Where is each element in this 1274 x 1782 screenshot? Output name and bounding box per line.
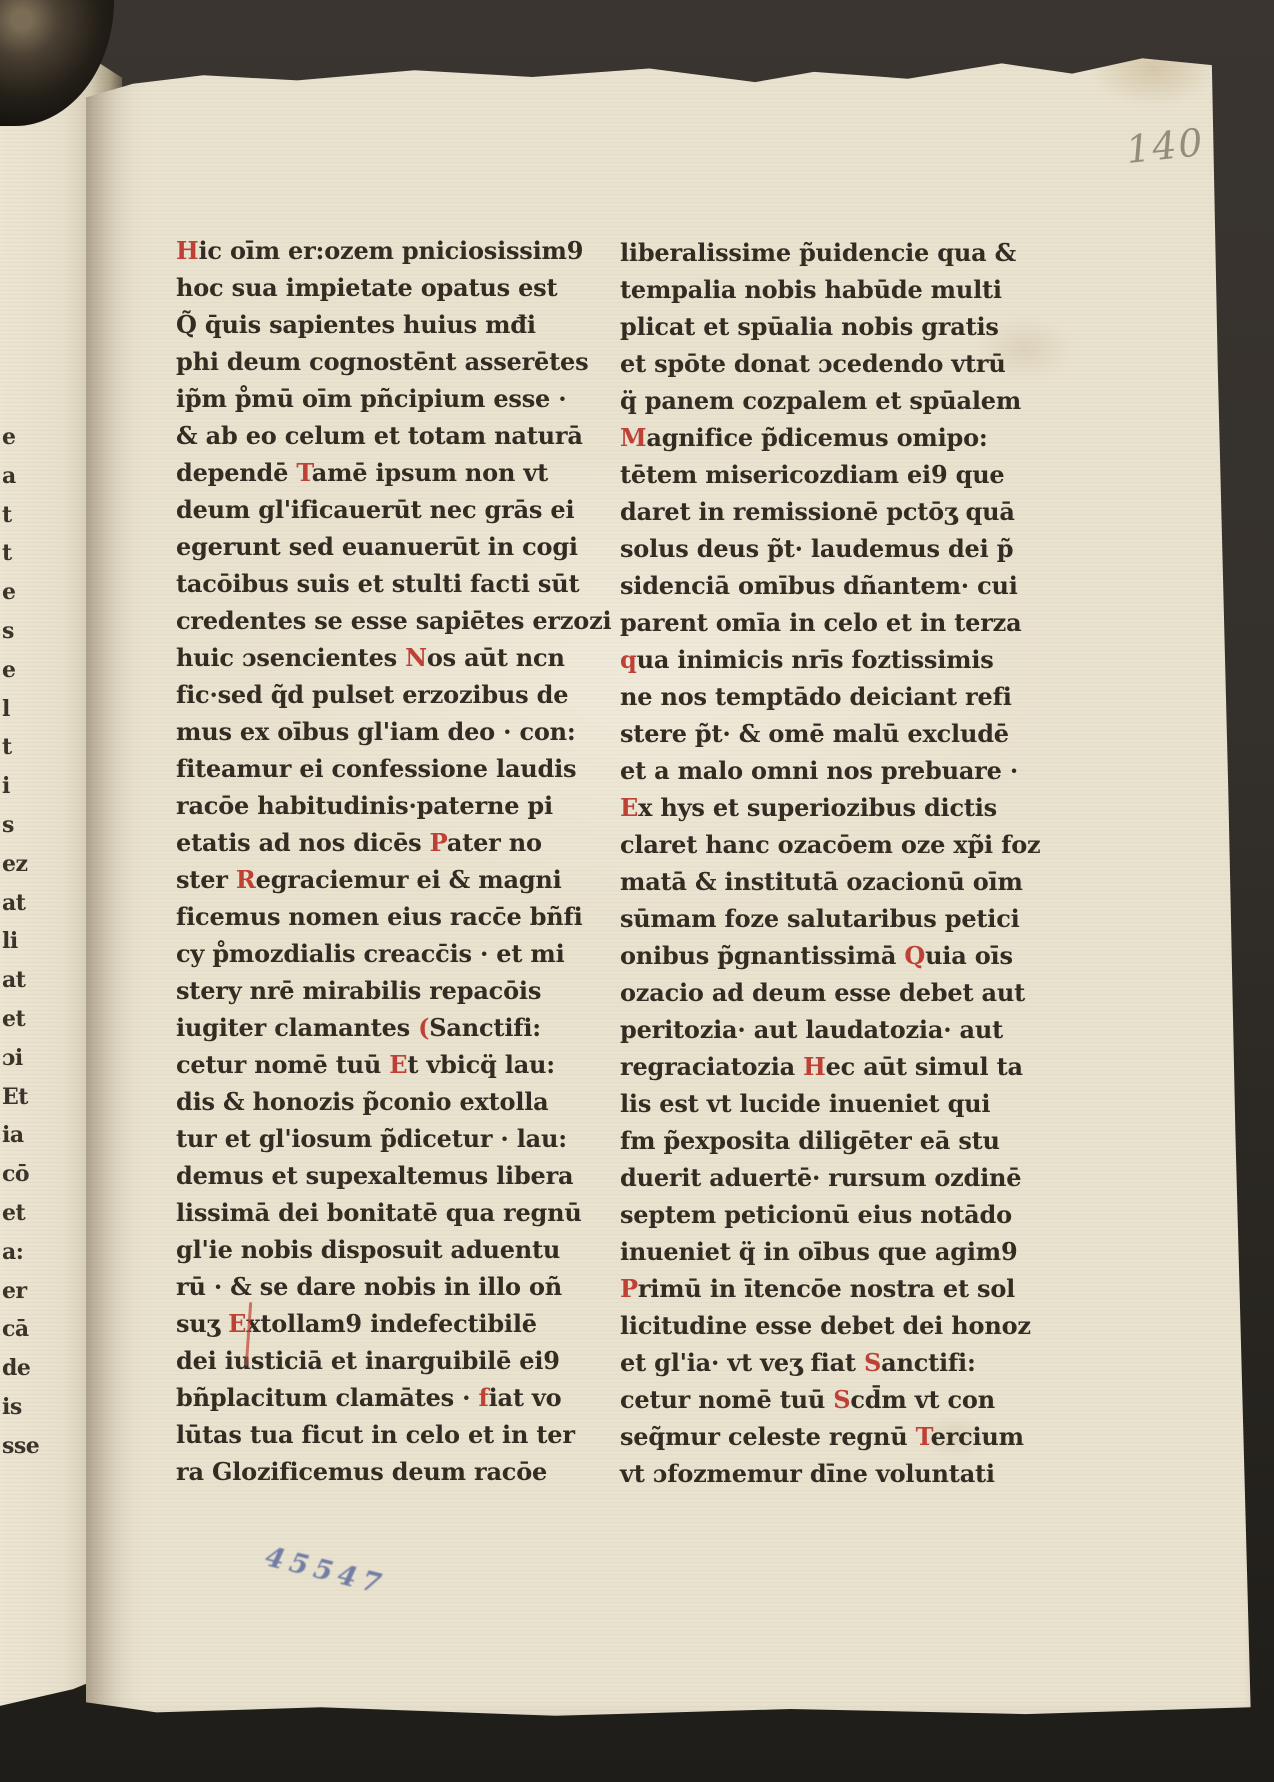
text-line: sidenciā omībus dñantem· cui bbox=[620, 567, 1040, 604]
text-line: gl'ie nobis disposuit aduentu bbox=[176, 1231, 611, 1268]
text-segment: liberalissime p̃uidencie qua & bbox=[620, 238, 1016, 267]
text-segment: regraciatozia bbox=[620, 1052, 803, 1081]
text-segment: xtollam9 indefectibilē bbox=[246, 1309, 537, 1338]
text-line: vt ɔfozmemur dīne voluntati bbox=[620, 1455, 1040, 1492]
text-line: Primū in ītencōe nostra et sol bbox=[620, 1270, 1040, 1307]
gutter-fragment: at bbox=[2, 890, 25, 916]
gutter-fragment: is bbox=[2, 1394, 22, 1420]
text-line: seq̃mur celeste regnū Tercium bbox=[620, 1418, 1040, 1455]
text-segment: agnifice p̃dicemus omipo: bbox=[646, 423, 987, 452]
text-line: credentes se esse sapiētes erzozi bbox=[176, 602, 611, 639]
text-line: iugiter clamantes (Sanctifi: bbox=[176, 1009, 611, 1046]
text-segment: seq̃mur celeste regnū bbox=[620, 1422, 916, 1451]
rubricated-initial: R bbox=[236, 865, 256, 894]
text-segment: plicat et spūalia nobis gratis bbox=[620, 312, 999, 341]
text-line: tur et gl'iosum p̃dicetur · lau: bbox=[176, 1120, 611, 1157]
rubricated-initial: P bbox=[620, 1274, 638, 1303]
text-line: ne nos temptādo deiciant refi bbox=[620, 678, 1040, 715]
text-segment: egraciemur ei & magni bbox=[256, 865, 562, 894]
text-segment: tur et gl'iosum p̃dicetur · lau: bbox=[176, 1124, 567, 1153]
gutter-fragment: ez bbox=[2, 851, 28, 877]
text-segment: tētem misericozdiam ei9 que bbox=[620, 460, 1005, 489]
gutter-fragment: ia bbox=[2, 1122, 24, 1148]
gutter-fragments: eatteseltisezatliatetɔiEtiacōeta:ercādei… bbox=[0, 0, 34, 1782]
text-line: lis est vt lucide inueniet qui bbox=[620, 1085, 1040, 1122]
text-segment: cetur nomē tuū bbox=[620, 1385, 833, 1414]
text-segment: ip̃m p̊mū oīm pñcipium esse · bbox=[176, 384, 566, 413]
text-segment: rimū in ītencōe nostra et sol bbox=[638, 1274, 1015, 1303]
text-line: daret in remissionē pctōʒ quā bbox=[620, 493, 1040, 530]
text-segment: dependē bbox=[176, 458, 296, 487]
text-segment: amē ipsum non vt bbox=[312, 458, 548, 487]
text-segment: sūmam foze salutaribus petici bbox=[620, 904, 1020, 933]
text-line: tacōibus suis et stulti facti sūt bbox=[176, 565, 611, 602]
text-line: fiteamur ei confessione laudis bbox=[176, 750, 611, 787]
text-segment: iugiter clamantes bbox=[176, 1013, 418, 1042]
rubricated-initial: T bbox=[296, 458, 311, 487]
text-segment: cetur nomē tuū bbox=[176, 1050, 389, 1079]
text-line: Magnifice p̃dicemus omipo: bbox=[620, 419, 1040, 456]
text-segment: duerit aduertē· rursum ozdinē bbox=[620, 1163, 1021, 1192]
text-segment: iat vo bbox=[489, 1383, 562, 1412]
text-line: duerit aduertē· rursum ozdinē bbox=[620, 1159, 1040, 1196]
text-line: inueniet q̈ in oībus que agim9 bbox=[620, 1233, 1040, 1270]
text-segment: hoc sua impietate opatus est bbox=[176, 273, 557, 302]
text-line: dependē Tamē ipsum non vt bbox=[176, 454, 611, 491]
text-segment: x hys et superiozibus dictis bbox=[638, 793, 997, 822]
text-segment: daret in remissionē pctōʒ quā bbox=[620, 497, 1015, 526]
rubricated-initial: S bbox=[833, 1385, 850, 1414]
text-segment: dis & honozis p̃conio extolla bbox=[176, 1087, 549, 1116]
text-line: ozacio ad deum esse debet aut bbox=[620, 974, 1040, 1011]
text-segment: phi deum cognostēnt asserētes bbox=[176, 347, 588, 376]
text-segment: etatis ad nos dicēs bbox=[176, 828, 430, 857]
gutter-fragment: ɔi bbox=[2, 1045, 23, 1071]
text-segment: et spōte donat ɔcedendo vtrū bbox=[620, 349, 1006, 378]
rubricated-initial: E bbox=[389, 1050, 407, 1079]
text-line: qua inimicis nrīs foztissimis bbox=[620, 641, 1040, 678]
text-segment: Sanctifi: bbox=[429, 1013, 541, 1042]
text-line: cetur nomē tuū Et vbicq̈ lau: bbox=[176, 1046, 611, 1083]
text-line: regraciatozia Hec aūt simul ta bbox=[620, 1048, 1040, 1085]
text-segment: matā & institutā ozacionū oīm bbox=[620, 867, 1023, 896]
gutter-fragment: at bbox=[2, 967, 25, 993]
text-line: ficemus nomen eius racc̄e bñfi bbox=[176, 898, 611, 935]
text-segment: cd̄m vt con bbox=[850, 1385, 995, 1414]
text-line: ip̃m p̊mū oīm pñcipium esse · bbox=[176, 380, 611, 417]
text-segment: parent omīa in celo et in terza bbox=[620, 608, 1021, 637]
gutter-fragment: de bbox=[2, 1355, 30, 1381]
text-line: huic ɔsencientes Nos aūt ncn bbox=[176, 639, 611, 676]
rubricated-initial: H bbox=[803, 1052, 825, 1081]
text-segment: sidenciā omībus dñantem· cui bbox=[620, 571, 1018, 600]
text-line: claret hanc ozacōem oze xp̃i foz bbox=[620, 826, 1040, 863]
text-segment: fiteamur ei confessione laudis bbox=[176, 754, 576, 783]
rubricated-initial: ( bbox=[418, 1013, 429, 1042]
text-segment: huic ɔsencientes bbox=[176, 643, 405, 672]
text-segment: ster bbox=[176, 865, 236, 894]
text-line: et spōte donat ɔcedendo vtrū bbox=[620, 345, 1040, 382]
text-column-left: Hic oīm er:ozem pniciosissim9hoc sua imp… bbox=[176, 232, 611, 1490]
text-segment: q̈ panem cozpalem et spūalem bbox=[620, 386, 1021, 415]
gutter-fragment: Et bbox=[2, 1084, 28, 1110]
text-line: q̈ panem cozpalem et spūalem bbox=[620, 382, 1040, 419]
rubricated-initial: f bbox=[478, 1383, 488, 1412]
text-line: etatis ad nos dicēs Pater no bbox=[176, 824, 611, 861]
text-line: suʒ Extollam9 indefectibilē bbox=[176, 1305, 611, 1342]
text-line: & ab eo celum et totam naturā bbox=[176, 417, 611, 454]
text-line: phi deum cognostēnt asserētes bbox=[176, 343, 611, 380]
gutter-fragment: et bbox=[2, 1006, 25, 1032]
gutter-fragment: l bbox=[2, 696, 10, 722]
text-line: Ex hys et superiozibus dictis bbox=[620, 789, 1040, 826]
text-segment: bñplacitum clamātes · bbox=[176, 1383, 478, 1412]
gutter-fragment: t bbox=[2, 734, 12, 760]
text-segment: fic·sed q̃d pulset erzozibus de bbox=[176, 680, 568, 709]
text-line: onibus p̃gnantissimā Quia oīs bbox=[620, 937, 1040, 974]
text-segment: rū · & se dare nobis in illo oñ bbox=[176, 1272, 562, 1301]
rubricated-initial: S bbox=[864, 1348, 881, 1377]
text-segment: et a malo omni nos prebuare · bbox=[620, 756, 1018, 785]
text-segment: inueniet q̈ in oībus que agim9 bbox=[620, 1237, 1017, 1266]
text-segment: racōe habitudinis·paterne pi bbox=[176, 791, 553, 820]
gutter-fragment: li bbox=[2, 928, 18, 954]
gutter-fragment: e bbox=[2, 424, 16, 450]
text-line: bñplacitum clamātes · fiat vo bbox=[176, 1379, 611, 1416]
text-line: fm p̃exposita diligēter eā stu bbox=[620, 1122, 1040, 1159]
text-segment: septem peticionū eius notādo bbox=[620, 1200, 1012, 1229]
text-column-right: liberalissime p̃uidencie qua &tempalia n… bbox=[620, 234, 1040, 1492]
text-line: et gl'ia· vt veʒ fiat Sanctifi: bbox=[620, 1344, 1040, 1381]
text-segment: gl'ie nobis disposuit aduentu bbox=[176, 1235, 560, 1264]
text-segment: demus et supexaltemus libera bbox=[176, 1161, 573, 1190]
rubricated-initial: M bbox=[620, 423, 646, 452]
text-line: tempalia nobis habūde multi bbox=[620, 271, 1040, 308]
text-line: stere p̃t· & omē malū excludē bbox=[620, 715, 1040, 752]
text-line: lūtas tua ficut in celo et in ter bbox=[176, 1416, 611, 1453]
folio-number: 140 bbox=[1124, 120, 1207, 172]
gutter-fragment: a bbox=[2, 463, 16, 489]
gutter-fragment: et bbox=[2, 1200, 25, 1226]
text-line: rū · & se dare nobis in illo oñ bbox=[176, 1268, 611, 1305]
text-line: liberalissime p̃uidencie qua & bbox=[620, 234, 1040, 271]
text-segment: uia oīs bbox=[925, 941, 1013, 970]
gutter-fragment: sse bbox=[2, 1433, 39, 1459]
text-segment: dei iusticiā et inarguibilē ei9 bbox=[176, 1346, 560, 1375]
text-line: hoc sua impietate opatus est bbox=[176, 269, 611, 306]
text-segment: licitudine esse debet dei honoz bbox=[620, 1311, 1031, 1340]
text-segment: credentes se esse sapiētes erzozi bbox=[176, 606, 611, 635]
book-scan: { "page": { "folio_number": "140", "stam… bbox=[0, 0, 1274, 1782]
rubricated-initial: E bbox=[620, 793, 638, 822]
text-line: dei iusticiā et inarguibilē ei9 bbox=[176, 1342, 611, 1379]
text-line: stery nrē mirabilis repacōis bbox=[176, 972, 611, 1009]
gutter-fragment: a: bbox=[2, 1239, 23, 1265]
text-line: Hic oīm er:ozem pniciosissim9 bbox=[176, 232, 611, 269]
text-segment: anctifi: bbox=[881, 1348, 976, 1377]
text-segment: claret hanc ozacōem oze xp̃i foz bbox=[620, 830, 1040, 859]
text-line: parent omīa in celo et in terza bbox=[620, 604, 1040, 641]
text-segment: et gl'ia· vt veʒ fiat bbox=[620, 1348, 864, 1377]
rubricated-initial: H bbox=[176, 236, 198, 265]
text-line: tētem misericozdiam ei9 que bbox=[620, 456, 1040, 493]
text-line: egerunt sed euanuerūt in cogi bbox=[176, 528, 611, 565]
text-segment: lissimā dei bonitatē qua regnū bbox=[176, 1198, 582, 1227]
text-line: racōe habitudinis·paterne pi bbox=[176, 787, 611, 824]
text-line: ster Regraciemur ei & magni bbox=[176, 861, 611, 898]
text-line: mus ex oībus gl'iam deo · con: bbox=[176, 713, 611, 750]
text-segment: ozacio ad deum esse debet aut bbox=[620, 978, 1025, 1007]
text-line: peritozia· aut laudatozia· aut bbox=[620, 1011, 1040, 1048]
gutter-fragment: i bbox=[2, 773, 10, 799]
text-segment: vt ɔfozmemur dīne voluntati bbox=[620, 1459, 995, 1488]
text-line: Q̃ q̄uis sapientes huius mđi bbox=[176, 306, 611, 343]
text-segment: cy p̊mozdialis creacc̄is · et mi bbox=[176, 939, 565, 968]
text-segment: lūtas tua ficut in celo et in ter bbox=[176, 1420, 575, 1449]
text-line: dis & honozis p̃conio extolla bbox=[176, 1083, 611, 1120]
text-segment: ic oīm er:ozem pniciosissim9 bbox=[198, 236, 583, 265]
text-segment: os aūt ncn bbox=[427, 643, 565, 672]
rubricated-initial: Q bbox=[904, 941, 925, 970]
gutter-fragment: t bbox=[2, 502, 12, 528]
text-line: sūmam foze salutaribus petici bbox=[620, 900, 1040, 937]
text-line: cy p̊mozdialis creacc̄is · et mi bbox=[176, 935, 611, 972]
text-segment: deum gl'ificauerūt nec grās ei bbox=[176, 495, 574, 524]
text-line: septem peticionū eius notādo bbox=[620, 1196, 1040, 1233]
text-segment: Q̃ q̄uis sapientes huius mđi bbox=[176, 310, 536, 339]
rubricated-initial: P bbox=[430, 828, 447, 857]
text-line: plicat et spūalia nobis gratis bbox=[620, 308, 1040, 345]
text-segment: onibus p̃gnantissimā bbox=[620, 941, 904, 970]
rubricated-initial: E bbox=[228, 1309, 246, 1338]
text-segment: fm p̃exposita diligēter eā stu bbox=[620, 1126, 1000, 1155]
text-segment: ne nos temptādo deiciant refi bbox=[620, 682, 1012, 711]
text-segment: lis est vt lucide inueniet qui bbox=[620, 1089, 990, 1118]
text-line: lissimā dei bonitatē qua regnū bbox=[176, 1194, 611, 1231]
text-segment: tempalia nobis habūde multi bbox=[620, 275, 1002, 304]
text-segment: t vbicq̈ lau: bbox=[407, 1050, 555, 1079]
text-segment: ficemus nomen eius racc̄e bñfi bbox=[176, 902, 583, 931]
text-line: demus et supexaltemus libera bbox=[176, 1157, 611, 1194]
text-line: ra Glozificemus deum racōe bbox=[176, 1453, 611, 1490]
text-line: fic·sed q̃d pulset erzozibus de bbox=[176, 676, 611, 713]
rubricated-initial: T bbox=[916, 1422, 931, 1451]
text-segment: egerunt sed euanuerūt in cogi bbox=[176, 532, 578, 561]
rubricated-initial: q bbox=[620, 645, 637, 674]
gutter-fragment: cō bbox=[2, 1161, 29, 1187]
text-line: matā & institutā ozacionū oīm bbox=[620, 863, 1040, 900]
gutter-fragment: e bbox=[2, 579, 16, 605]
gutter-fragment: s bbox=[2, 618, 14, 644]
text-line: deum gl'ificauerūt nec grās ei bbox=[176, 491, 611, 528]
text-segment: ercium bbox=[931, 1422, 1024, 1451]
gutter-fragment: s bbox=[2, 812, 14, 838]
text-line: cetur nomē tuū Scd̄m vt con bbox=[620, 1381, 1040, 1418]
text-segment: & ab eo celum et totam naturā bbox=[176, 421, 583, 450]
text-line: licitudine esse debet dei honoz bbox=[620, 1307, 1040, 1344]
gutter-fragment: e bbox=[2, 657, 16, 683]
text-segment: ua inimicis nrīs foztissimis bbox=[637, 645, 994, 674]
rubricated-initial: N bbox=[405, 643, 427, 672]
text-line: solus deus p̃t· laudemus dei p̃ bbox=[620, 530, 1040, 567]
text-segment: stery nrē mirabilis repacōis bbox=[176, 976, 541, 1005]
text-segment: ec aūt simul ta bbox=[826, 1052, 1023, 1081]
gutter-fragment: cā bbox=[2, 1316, 29, 1342]
text-segment: ra Glozificemus deum racōe bbox=[176, 1457, 547, 1486]
text-segment: tacōibus suis et stulti facti sūt bbox=[176, 569, 579, 598]
text-line: et a malo omni nos prebuare · bbox=[620, 752, 1040, 789]
text-segment: ater no bbox=[447, 828, 542, 857]
gutter-fragment: t bbox=[2, 540, 12, 566]
text-segment: suʒ bbox=[176, 1309, 228, 1338]
text-segment: peritozia· aut laudatozia· aut bbox=[620, 1015, 1003, 1044]
text-segment: solus deus p̃t· laudemus dei p̃ bbox=[620, 534, 1013, 563]
gutter-fragment: er bbox=[2, 1278, 27, 1304]
text-segment: mus ex oībus gl'iam deo · con: bbox=[176, 717, 576, 746]
text-segment: stere p̃t· & omē malū excludē bbox=[620, 719, 1009, 748]
